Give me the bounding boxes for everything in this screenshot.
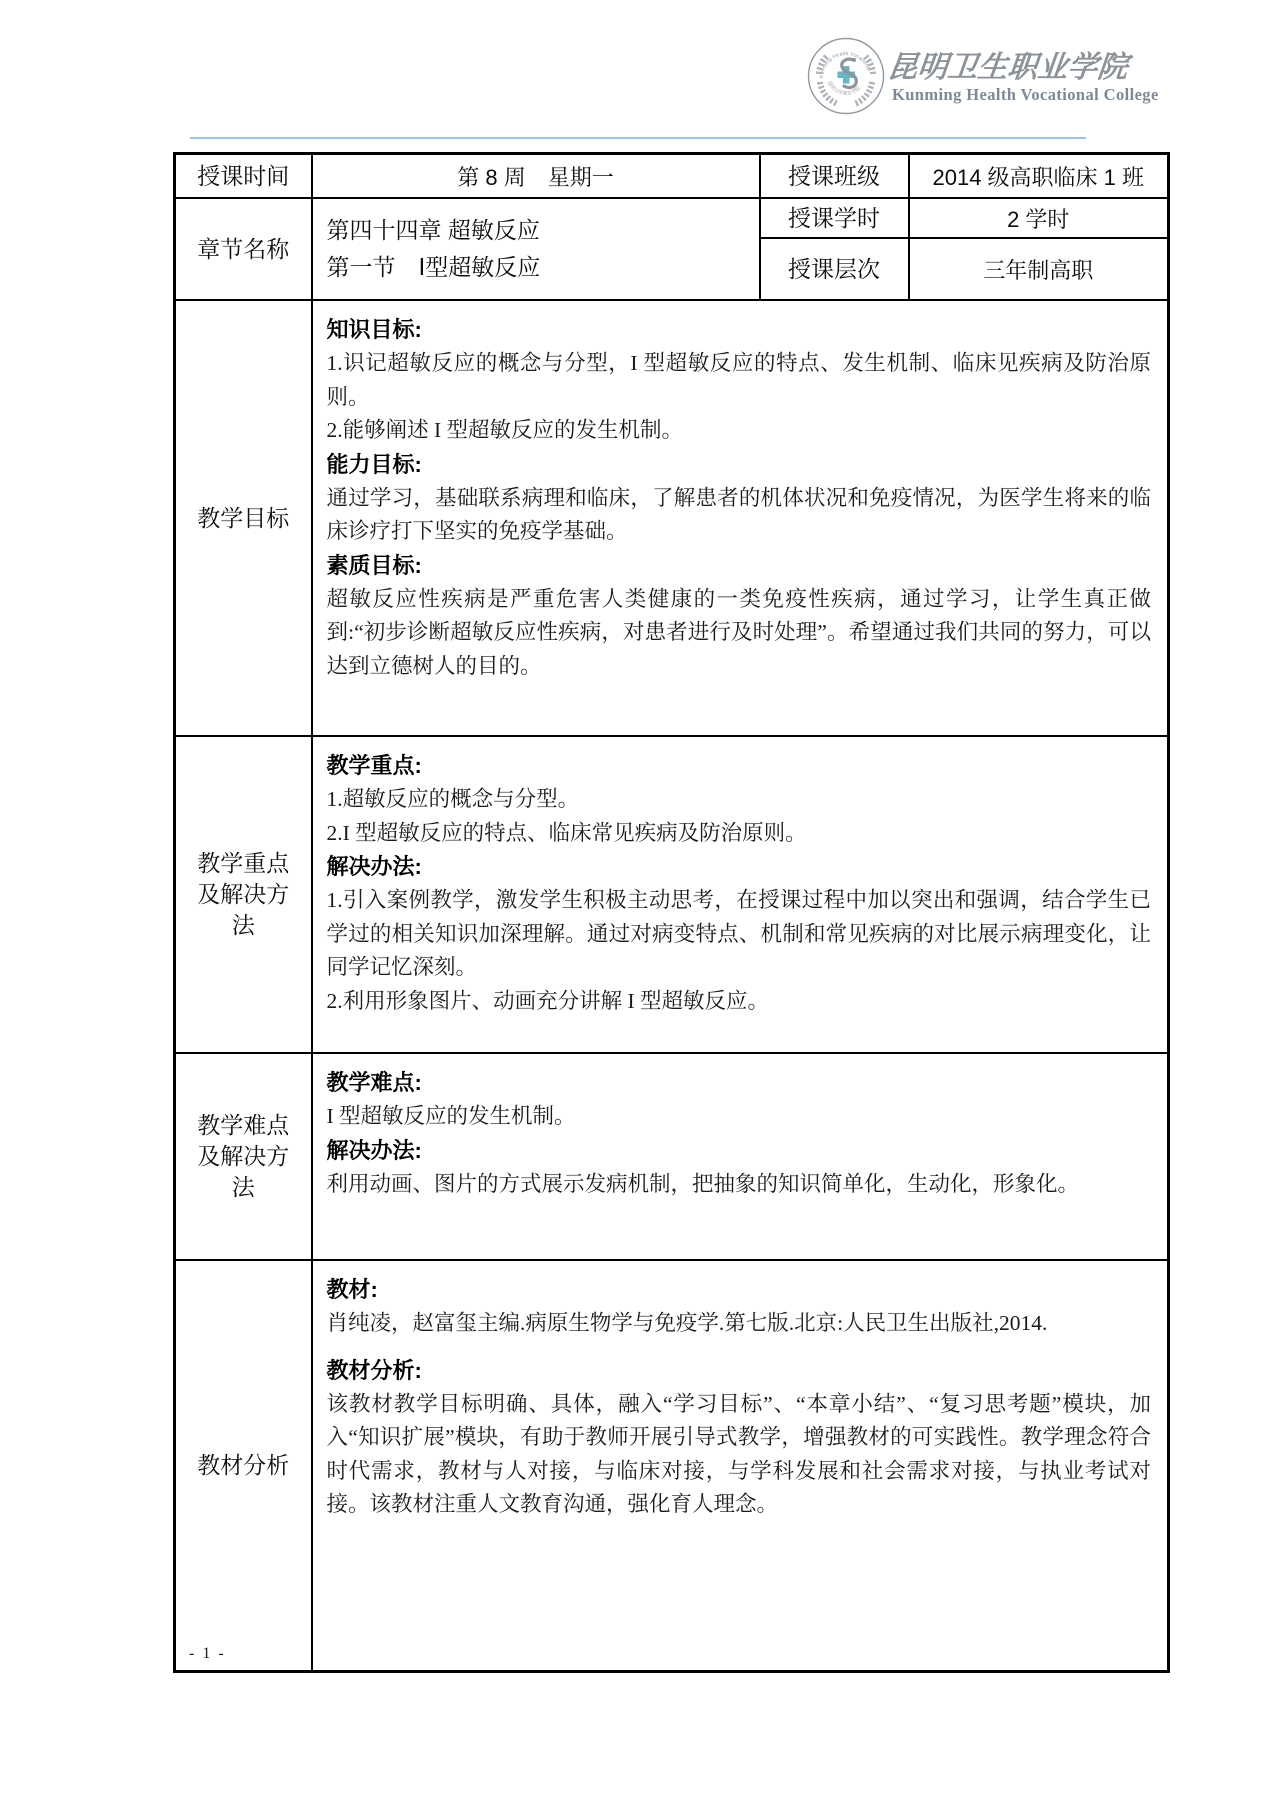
content-paragraph: 2.I 型超敏反应的特点、临床常见疾病及防治原则。 xyxy=(327,817,1152,851)
content-paragraph: 超敏反应性疾病是严重危害人类健康的一类免疫性疾病，通过学习，让学生真正做到:“初… xyxy=(327,583,1152,684)
materials-content: 教材: 肖纯凌，赵富玺主编.病原生物学与免疫学.第七版.北京:人民卫生出版社,2… xyxy=(312,1260,1169,1672)
content-heading: 教材分析: xyxy=(327,1354,1152,1388)
content-paragraph: 1.超敏反应的概念与分型。 xyxy=(327,783,1152,817)
chapter-name-value: 第四十四章 超敏反应 第一节 Ⅰ型超敏反应 xyxy=(312,198,760,300)
content-heading: 教学重点: xyxy=(327,749,1152,783)
chapter-line-2: 第一节 Ⅰ型超敏反应 xyxy=(327,249,758,286)
teaching-level-label: 授课层次 xyxy=(760,238,909,300)
chapter-line-1: 第四十四章 超敏反应 xyxy=(327,212,758,249)
objectives-content: 知识目标: 1.识记超敏反应的概念与分型，I 型超敏反应的特点、发生机制、临床见… xyxy=(312,300,1169,736)
college-seal-logo: Kunming Health Vocational 昆明卫生职业学院 xyxy=(806,36,886,116)
difficulties-content: 教学难点: I 型超敏反应的发生机制。 解决办法: 利用动画、图片的方式展示发病… xyxy=(312,1053,1169,1260)
teaching-level-value: 三年制高职 xyxy=(909,238,1169,300)
content-paragraph: 1.识记超敏反应的概念与分型，I 型超敏反应的特点、发生机制、临床见疾病及防治原… xyxy=(327,347,1152,414)
content-paragraph: 通过学习，基础联系病理和临床，了解患者的机体状况和免疫情况，为医学生将来的临床诊… xyxy=(327,482,1152,549)
content-paragraph: 肖纯凌，赵富玺主编.病原生物学与免疫学.第七版.北京:人民卫生出版社,2014. xyxy=(327,1307,1152,1341)
content-paragraph: I 型超敏反应的发生机制。 xyxy=(327,1100,1152,1134)
college-name-calligraphy: 昆明卫生职业学院 xyxy=(886,42,1141,86)
content-paragraph: 2.利用形象图片、动画充分讲解 I 型超敏反应。 xyxy=(327,985,1152,1019)
teaching-hours-label: 授课学时 xyxy=(760,198,909,238)
content-heading: 解决办法: xyxy=(327,1134,1152,1168)
table-row: 教学重点及解决方法 教学重点: 1.超敏反应的概念与分型。 2.I 型超敏反应的… xyxy=(175,736,1169,1053)
teaching-hours-value: 2 学时 xyxy=(909,198,1169,238)
objectives-label: 教学目标 xyxy=(175,300,312,736)
table-row: 教学难点及解决方法 教学难点: I 型超敏反应的发生机制。 解决办法: 利用动画… xyxy=(175,1053,1169,1260)
content-heading: 能力目标: xyxy=(327,448,1152,482)
content-heading: 素质目标: xyxy=(327,549,1152,583)
content-heading: 教材: xyxy=(327,1273,1152,1307)
difficulties-label: 教学难点及解决方法 xyxy=(175,1053,312,1260)
content-paragraph: 该教材教学目标明确、具体，融入“学习目标”、“本章小结”、“复习思考题”模块，加… xyxy=(327,1388,1152,1522)
table-row: 教学目标 知识目标: 1.识记超敏反应的概念与分型，I 型超敏反应的特点、发生机… xyxy=(175,300,1169,736)
materials-label: 教材分析 xyxy=(175,1260,312,1672)
chapter-name-label: 章节名称 xyxy=(175,198,312,300)
table-row: 教材分析 教材: 肖纯凌，赵富玺主编.病原生物学与免疫学.第七版.北京:人民卫生… xyxy=(175,1260,1169,1672)
teaching-time-value: 第 8 周 星期一 xyxy=(312,154,760,199)
table-row: 章节名称 第四十四章 超敏反应 第一节 Ⅰ型超敏反应 授课学时 2 学时 xyxy=(175,198,1169,238)
key-points-content: 教学重点: 1.超敏反应的概念与分型。 2.I 型超敏反应的特点、临床常见疾病及… xyxy=(312,736,1169,1053)
content-paragraph: 2.能够阐述 I 型超敏反应的发生机制。 xyxy=(327,414,1152,448)
teaching-time-label: 授课时间 xyxy=(175,154,312,199)
teaching-class-label: 授课班级 xyxy=(760,154,909,199)
content-heading: 知识目标: xyxy=(327,313,1152,347)
key-points-label: 教学重点及解决方法 xyxy=(175,736,312,1053)
teaching-class-value: 2014 级高职临床 1 班 xyxy=(909,154,1169,199)
seal-emblem-icon: Kunming Health Vocational 昆明卫生职业学院 xyxy=(806,36,886,116)
content-paragraph: 利用动画、图片的方式展示发病机制，把抽象的知识简单化，生动化，形象化。 xyxy=(327,1168,1152,1202)
college-name-english: Kunming Health Vocational College xyxy=(892,85,1159,105)
content-heading: 教学难点: xyxy=(327,1066,1152,1100)
page-number: - 1 - xyxy=(189,1645,226,1663)
table-row: 授课时间 第 8 周 星期一 授课班级 2014 级高职临床 1 班 xyxy=(175,154,1169,199)
content-paragraph: 1.引入案例教学，激发学生积极主动思考，在授课过程中加以突出和强调，结合学生已学… xyxy=(327,884,1152,985)
content-heading: 解决办法: xyxy=(327,850,1152,884)
lesson-plan-table: 授课时间 第 8 周 星期一 授课班级 2014 级高职临床 1 班 章节名称 … xyxy=(173,152,1170,1673)
header-rule xyxy=(190,137,1086,139)
